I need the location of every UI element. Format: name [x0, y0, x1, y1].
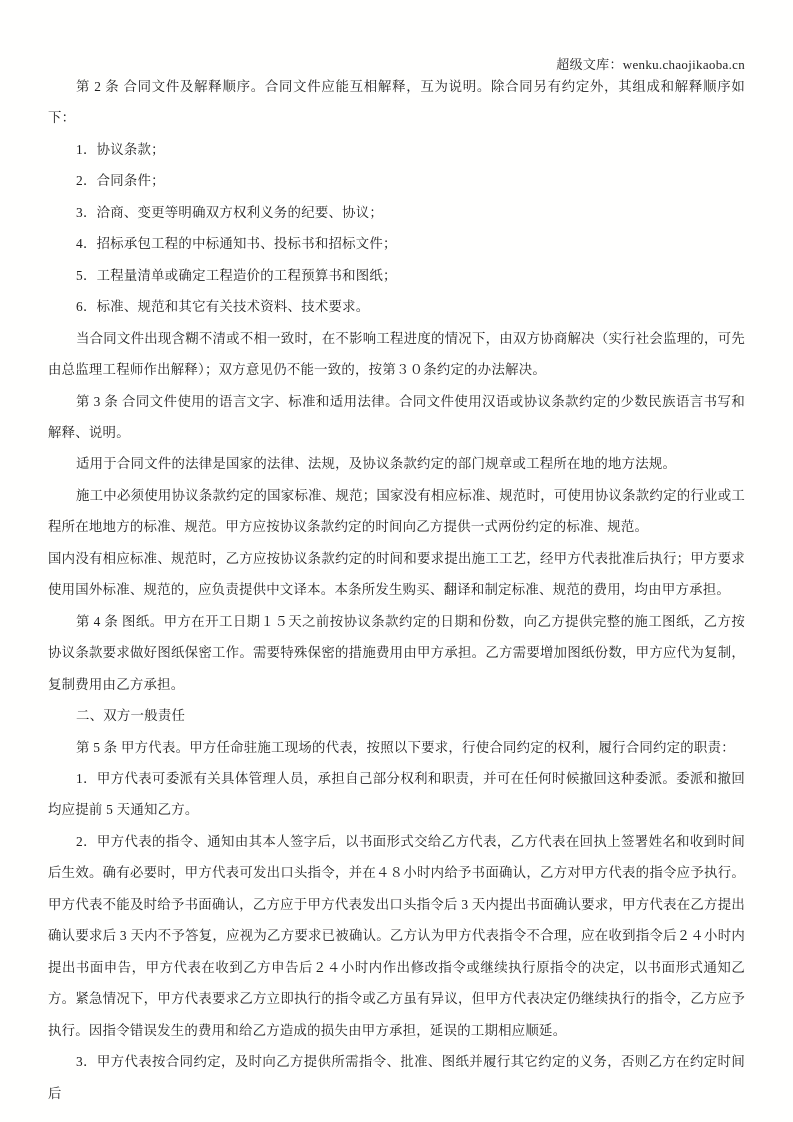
list-item-6: 6．标准、规范和其它有关技术资料、技术要求。 [48, 291, 745, 322]
list-item-2: 2．合同条件； [48, 165, 745, 196]
paragraph-applicable-law: 适用于合同文件的法律是国家的法律、法规，及协议条款约定的部门规章或工程所在地的地… [48, 448, 745, 479]
document-page: 超级文库：wenku.chaojikaoba.cn 第 2 条 合同文件及解释顺… [0, 0, 793, 1122]
list-item-4: 4．招标承包工程的中标通知书、投标书和招标文件； [48, 228, 745, 259]
paragraph-clause5-rep: 第 5 条 甲方代表。甲方任命驻施工现场的代表，按照以下要求，行使合同约定的权利… [48, 732, 745, 763]
section-heading-general-duties: 二、双方一般责任 [48, 700, 745, 731]
list-item-3: 3．洽商、变更等明确双方权利义务的纪要、协议； [48, 197, 745, 228]
paragraph-ambiguity-resolution: 当合同文件出现含糊不清或不相一致时，在不影响工程进度的情况下，由双方协商解决（实… [48, 323, 745, 386]
document-body: 第 2 条 合同文件及解释顺序。合同文件应能互相解释，互为说明。除合同另有约定外… [48, 71, 745, 1109]
paragraph-no-standards: 国内没有相应标准、规范时，乙方应按协议条款约定的时间和要求提出施工工艺，经甲方代… [48, 543, 745, 606]
numbered-item-3-obligations: 3．甲方代表按合同约定，及时向乙方提供所需指令、批准、图纸并履行其它约定的义务，… [48, 1046, 745, 1109]
list-item-1: 1．协议条款； [48, 134, 745, 165]
paragraph-clause4-drawings: 第 4 条 图纸。甲方在开工日期１５天之前按协议条款约定的日期和份数，向乙方提供… [48, 606, 745, 700]
numbered-item-1-delegation: 1．甲方代表可委派有关具体管理人员，承担自己部分权利和职责，并可在任何时候撤回这… [48, 763, 745, 826]
paragraph-clause2-heading: 第 2 条 合同文件及解释顺序。合同文件应能互相解释，互为说明。除合同另有约定外… [48, 71, 745, 134]
paragraph-standards: 施工中必须使用协议条款约定的国家标准、规范；国家没有相应标准、规范时，可使用协议… [48, 480, 745, 543]
numbered-item-2-instructions: 2．甲方代表的指令、通知由其本人签字后，以书面形式交给乙方代表，乙方代表在回执上… [48, 826, 745, 1046]
paragraph-clause3: 第 3 条 合同文件使用的语言文字、标准和适用法律。合同文件使用汉语或协议条款约… [48, 386, 745, 449]
list-item-5: 5．工程量清单或确定工程造价的工程预算书和图纸； [48, 260, 745, 291]
